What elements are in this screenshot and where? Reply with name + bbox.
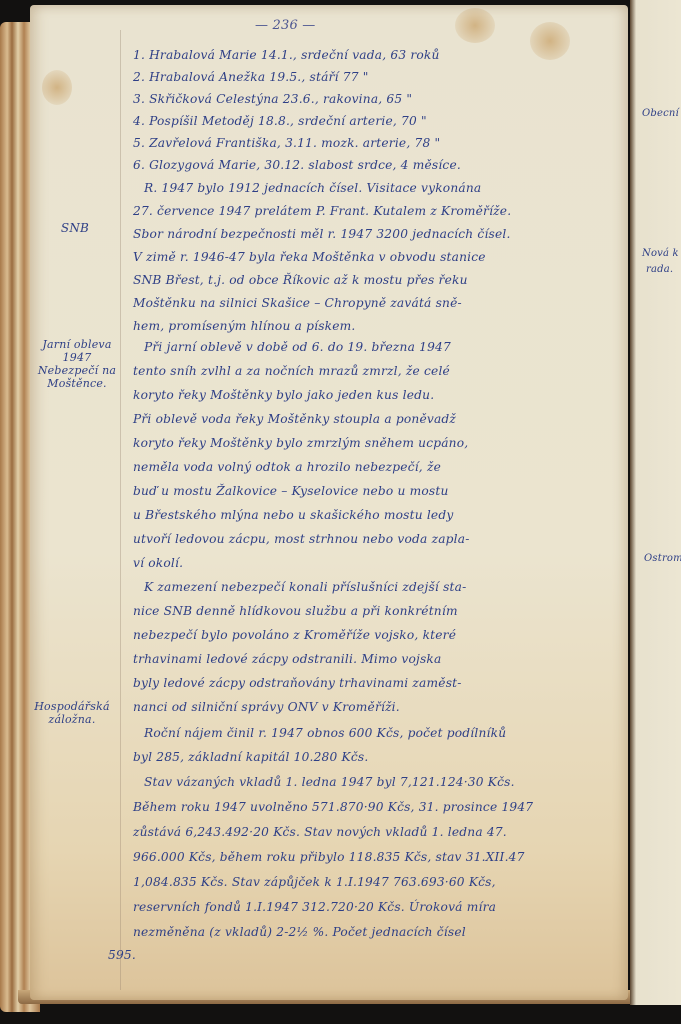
- margin-note-savings-bank: Hospodářská záložna.: [22, 700, 122, 726]
- body-line: Roční nájem činil r. 1947 obnos 600 Kčs,…: [144, 726, 506, 740]
- body-line: Při jarní oblevě v době od 6. do 19. bře…: [144, 340, 451, 354]
- margin-note-line: Nebezpečí na: [32, 364, 122, 377]
- deaths-list-entry: 5. Zavřelová Františka, 3.11. mozk. arte…: [133, 136, 440, 150]
- deaths-list-entry: 2. Hrabalová Anežka 19.5., stáří 77 ": [133, 70, 369, 84]
- body-line: nice SNB denně hlídkovou službu a při ko…: [133, 604, 458, 618]
- body-line: SNB Břest, t.j. od obce Říkovic až k mos…: [133, 273, 468, 287]
- body-line: ví okolí.: [133, 556, 183, 570]
- body-line: koryto řeky Moštěnky bylo jako jeden kus…: [133, 388, 434, 402]
- facing-page: Obecní k Nová k rada. Ostrom: [630, 0, 681, 1005]
- margin-note-snb: SNB: [55, 222, 95, 235]
- deaths-list-entry: 4. Pospíšil Metoděj 18.8., srdeční arter…: [133, 114, 427, 128]
- body-line: Sbor národní bezpečnosti měl r. 1947 320…: [133, 227, 511, 241]
- body-line: 27. července 1947 prelátem P. Frant. Kut…: [133, 204, 511, 218]
- body-line: V zimě r. 1946-47 byla řeka Moštěnka v o…: [133, 250, 486, 264]
- body-line: tento sníh zvlhl a za nočních mrazů zmrz…: [133, 364, 450, 378]
- body-line: utvoří ledovou zácpu, most strhnou nebo …: [133, 532, 470, 546]
- body-line: 595.: [108, 948, 136, 962]
- body-line: byl 285, základní kapitál 10.280 Kčs.: [133, 750, 368, 764]
- deaths-list-entry: 1. Hrabalová Marie 14.1., srdeční vada, …: [133, 48, 440, 62]
- page-number: — 236 —: [255, 18, 315, 33]
- margin-note-line: Hospodářská: [22, 700, 122, 713]
- body-line: buď u mostu Žalkovice – Kyselovice nebo …: [133, 484, 449, 498]
- body-line: byly ledové zácpy odstraňovány trhavinam…: [133, 676, 462, 690]
- body-line: neměla voda volný odtok a hrozilo nebezp…: [133, 460, 441, 474]
- margin-note-line: Jarní obleva: [32, 338, 122, 351]
- facing-page-note: rada.: [646, 264, 673, 275]
- body-line: R. 1947 bylo 1912 jednacích čísel. Visit…: [144, 181, 481, 195]
- facing-page-note: Ostrom: [644, 553, 681, 564]
- paper-stain: [455, 8, 495, 43]
- deaths-list-entry: 6. Glozygová Marie, 30.12. slabost srdce…: [133, 158, 461, 172]
- paper-stain: [42, 70, 72, 105]
- body-line: 1,084.835 Kčs. Stav zápůjček k 1.I.1947 …: [133, 875, 496, 889]
- paper-stain: [530, 22, 570, 60]
- facing-page-note: Nová k: [642, 248, 679, 259]
- margin-note-spring-thaw: Jarní obleva 1947 Nebezpečí na Moštěnce.: [32, 338, 122, 390]
- body-line: nebezpečí bylo povoláno z Kroměříže vojs…: [133, 628, 456, 642]
- body-line: zůstává 6,243.492·20 Kčs. Stav nových vk…: [133, 825, 507, 839]
- body-line: K zamezení nebezpečí konali příslušníci …: [144, 580, 466, 594]
- body-line: 966.000 Kčs, během roku přibylo 118.835 …: [133, 850, 525, 864]
- body-line: reservních fondů 1.I.1947 312.720·20 Kčs…: [133, 900, 496, 914]
- margin-note-line: Moštěnce.: [32, 377, 122, 390]
- body-line: nanci od silniční správy ONV v Kroměříži…: [133, 700, 400, 714]
- deaths-list-entry: 3. Skřičková Celestýna 23.6., rakovina, …: [133, 92, 412, 106]
- body-line: Při oblevě voda řeky Moštěnky stoupla a …: [133, 412, 456, 426]
- body-line: Stav vázaných vkladů 1. ledna 1947 byl 7…: [144, 775, 515, 789]
- margin-note-line: záložna.: [22, 713, 122, 726]
- facing-page-note: Obecní k: [642, 108, 681, 119]
- body-line: Moštěnku na silnici Skašice – Chropyně z…: [133, 296, 462, 310]
- body-line: Během roku 1947 uvolněno 571.870·90 Kčs,…: [133, 800, 533, 814]
- margin-rule: [120, 30, 121, 990]
- body-line: u Břestského mlýna nebo u skašického mos…: [133, 508, 453, 522]
- margin-note-line: 1947: [32, 351, 122, 364]
- body-line: hem, promíseným hlínou a pískem.: [133, 319, 356, 333]
- body-line: nezměněna (z vkladů) 2-2½ %. Počet jedna…: [133, 925, 466, 939]
- body-line: trhavinami ledové zácpy odstranili. Mimo…: [133, 652, 442, 666]
- body-line: koryto řeky Moštěnky bylo zmrzlým sněhem…: [133, 436, 468, 450]
